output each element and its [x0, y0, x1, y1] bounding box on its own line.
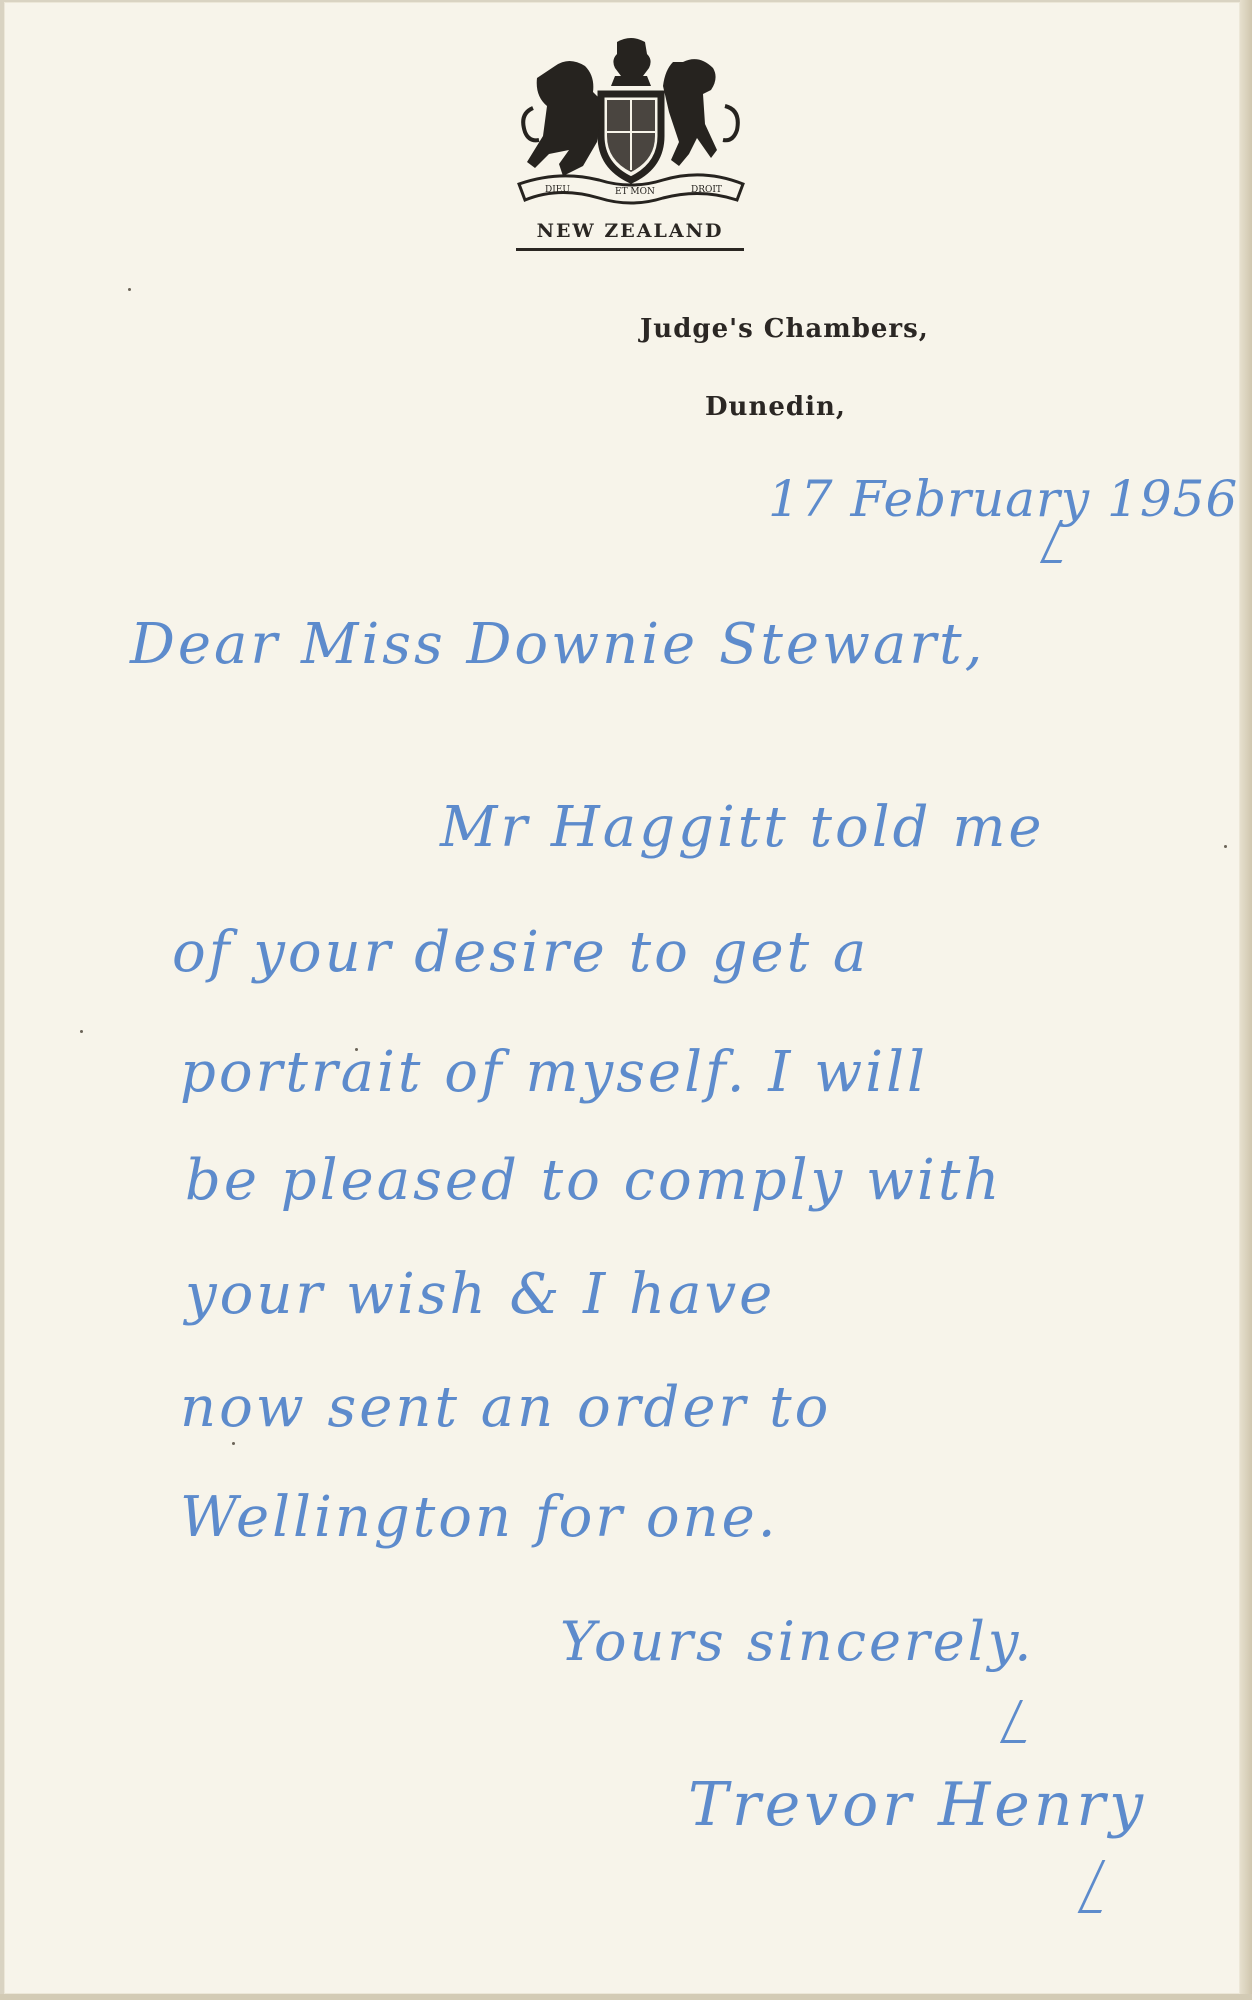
letterhead-office: Judge's Chambers,	[640, 314, 929, 344]
letter-closing: Yours sincerely.	[560, 1610, 1034, 1673]
letter-salutation: Dear Miss Downie Stewart,	[130, 612, 985, 677]
mount-edge-right	[1240, 0, 1252, 2000]
body-line: portrait of myself. I will	[180, 1040, 928, 1105]
body-line: Wellington for one.	[180, 1485, 779, 1550]
letter-sheet	[4, 2, 1240, 1994]
paper-speck	[232, 1442, 235, 1445]
paper-speck	[1224, 845, 1227, 848]
svg-text:DROIT: DROIT	[691, 185, 722, 195]
letterhead-country: NEW ZEALAND	[514, 220, 746, 242]
paper-speck	[80, 1030, 83, 1033]
mount-edge-bottom	[0, 1994, 1252, 2000]
royal-coat-of-arms-icon: DIEU ET MON DROIT	[515, 36, 747, 208]
letter-signature: Trevor Henry	[688, 1770, 1147, 1840]
paper-speck	[128, 288, 131, 291]
svg-text:ET MON: ET MON	[615, 187, 655, 197]
svg-text:DIEU: DIEU	[545, 185, 570, 195]
letter-date: 17 February 1956	[768, 470, 1238, 528]
body-line: your wish & I have	[185, 1262, 775, 1327]
body-line: now sent an order to	[180, 1375, 831, 1440]
letterhead-underline	[516, 248, 744, 251]
body-line: Mr Haggitt told me	[440, 795, 1045, 860]
body-line: of your desire to get a	[172, 920, 869, 985]
paper-speck	[355, 1048, 358, 1051]
body-line: be pleased to comply with	[185, 1148, 1002, 1213]
letterhead-city: Dunedin,	[705, 392, 846, 422]
